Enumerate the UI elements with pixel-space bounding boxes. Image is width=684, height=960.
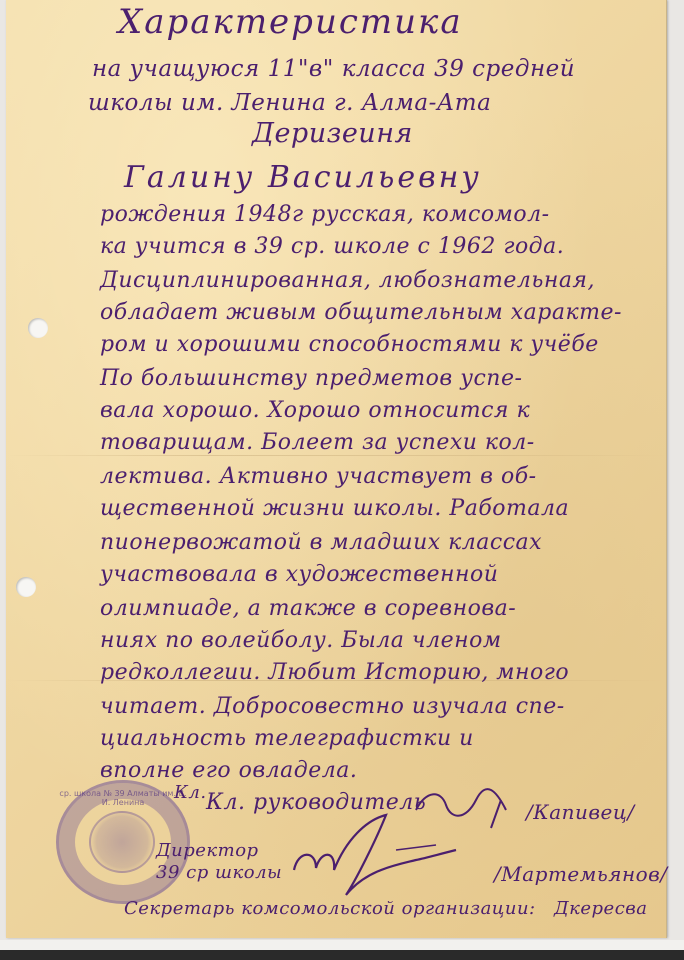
body-line: По большинству предметов успе- bbox=[100, 366, 522, 391]
body-line: щественной жизни школы. Работала bbox=[100, 496, 569, 521]
director-signature-icon bbox=[286, 810, 466, 900]
body-line: редколлегии. Любит Историю, много bbox=[100, 660, 569, 685]
punch-hole bbox=[16, 577, 36, 597]
director-label: Директор bbox=[156, 840, 259, 861]
class-teacher-name: /Капивец/ bbox=[526, 800, 635, 824]
stamp-emblem-icon bbox=[89, 811, 155, 873]
subject-surname: Деризеиня bbox=[252, 118, 413, 149]
document-title: Характеристика bbox=[118, 2, 463, 42]
subject-name: Галину Васильевну bbox=[124, 160, 482, 195]
body-line: ка учится в 39 ср. школе с 1962 года. bbox=[100, 234, 564, 259]
director-name: /Мартемьянов/ bbox=[494, 862, 668, 886]
fold-line bbox=[6, 455, 666, 456]
body-line: рождения 1948г русская, комсомол- bbox=[100, 202, 550, 227]
header-line: школы им. Ленина г. Алма-Ата bbox=[88, 90, 491, 116]
body-line: вполне его овладела. bbox=[100, 758, 357, 783]
class-teacher-label-short: Кл. bbox=[174, 782, 207, 803]
secretary-label: Секретарь комсомольской организации: bbox=[124, 898, 536, 919]
body-line: пионервожатой в младших классах bbox=[100, 530, 542, 555]
stamp-text: ср. школа № 39 Алматы им. В. И. Ленина bbox=[59, 789, 187, 807]
body-line: ниях по волейболу. Была членом bbox=[100, 628, 502, 653]
document-paper: Характеристика на учащуюся 11"в" класса … bbox=[6, 0, 667, 938]
scan-bottom-edge bbox=[0, 940, 684, 960]
body-line: вала хорошо. Хорошо относится к bbox=[100, 398, 530, 423]
body-line: участвовала в художественной bbox=[100, 562, 498, 587]
body-line: ром и хорошими способностями к учёбе bbox=[100, 332, 599, 357]
body-line: товарищам. Болеет за успехи кол- bbox=[100, 430, 535, 455]
body-line: обладает живым общительным характе- bbox=[100, 300, 622, 325]
body-line: лектива. Активно участвует в об- bbox=[100, 464, 537, 489]
body-line: олимпиаде, а также в соревнова- bbox=[100, 596, 516, 621]
body-line: Дисциплинированная, любознательная, bbox=[100, 268, 595, 293]
secretary-name: Дкересва bbox=[554, 898, 648, 919]
punch-hole bbox=[28, 318, 48, 338]
director-school-label: 39 ср школы bbox=[156, 862, 282, 883]
body-line: циальность телеграфистки и bbox=[100, 726, 474, 751]
header-line: на учащуюся 11"в" класса 39 средней bbox=[92, 56, 575, 82]
body-line: читает. Добросовестно изучала спе- bbox=[100, 694, 565, 719]
